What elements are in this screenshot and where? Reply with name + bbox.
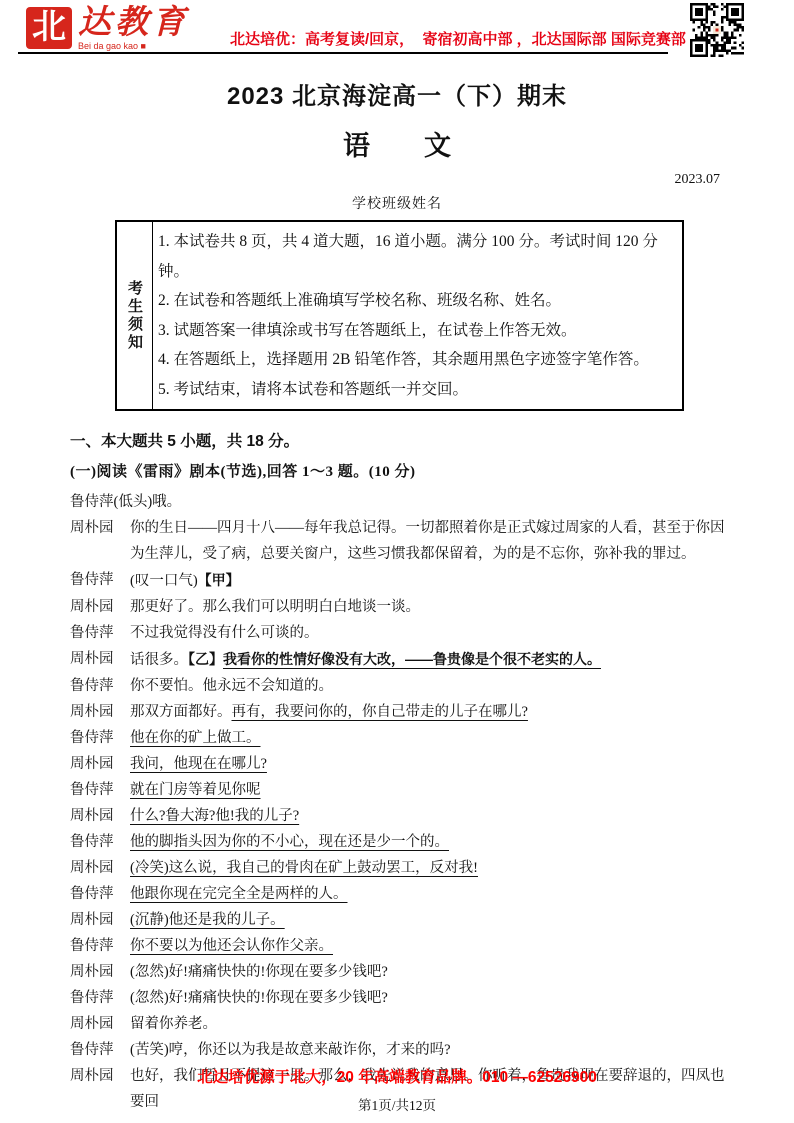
dialogue-speaker: 鲁侍萍 — [70, 494, 114, 510]
candidate-notice-table: 考生须知 1. 本试卷共 8 页，共 4 道大题，16 道小题。满分 100 分… — [115, 220, 684, 411]
subject-title: 语 文 — [0, 124, 794, 163]
dialogue-text: (忽然)好!痛痛快快的!你现在要多少钱吧? — [130, 959, 728, 985]
notice-item: 1. 本试卷共 8 页，共 4 道大题，16 道小题。满分 100 分。考试时间… — [158, 227, 674, 286]
brand-logo: 北 达教育 Bei da gao kao ■ — [26, 7, 189, 51]
dialogue-text: (忽然)好!痛痛快快的!你现在要多少钱吧? — [130, 985, 728, 1011]
dialogue-text: 他的脚指头因为你的不小心，现在还是少一个的。 — [130, 829, 728, 855]
header: 北 达教育 Bei da gao kao ■ 北达培优：高考复读/回京， 寄宿初… — [0, 0, 794, 56]
logo-name: 达教育 — [78, 7, 189, 40]
dialogue-text: 那更好了。那么我们可以明明白白地谈一谈。 — [130, 594, 728, 620]
dialogue-speaker: 周朴园 — [70, 959, 130, 985]
dialogue-text: 留着你养老。 — [130, 1011, 728, 1037]
dialogue-text: 你不要怕。他永远不会知道的。 — [130, 673, 728, 699]
dialogue-speaker: 周朴园 — [70, 855, 130, 881]
dialogue-line: 鲁侍萍就在门房等着见你呢 — [70, 777, 728, 803]
dialogue-text: 那双方面都好。再有，我要问你的，你自己带走的儿子在哪儿? — [130, 699, 728, 725]
dialogue-list: 鲁侍萍(低头)哦。周朴园你的生日——四月十八——每年我总记得。一切都照着你是正式… — [70, 489, 728, 1115]
dialogue-text: (苦笑)哼，你还以为我是故意来敲诈你，才来的吗? — [130, 1037, 728, 1063]
notice-side-label: 考生须知 — [124, 280, 145, 352]
notice-side-cell: 考生须知 — [117, 222, 153, 409]
dialogue-text: 他跟你现在完完全全是两样的人。 — [130, 881, 728, 907]
dialogue-text: (低头)哦。 — [114, 494, 182, 510]
dialogue-speaker: 鲁侍萍 — [70, 1037, 130, 1063]
footer: 北达培优源于北大，20 年高端教育品牌。010 —62526900 第1页/共1… — [0, 1065, 794, 1114]
dialogue-line: 鲁侍萍你不要以为他还会认你作父亲。 — [70, 933, 728, 959]
logo-text-block: 达教育 Bei da gao kao ■ — [78, 7, 189, 51]
dialogue-line: 周朴园你的生日——四月十八——每年我总记得。一切都照着你是正式嫁过周家的人看，甚… — [70, 515, 728, 567]
dialogue-speaker: 鲁侍萍 — [70, 985, 130, 1011]
dialogue-speaker: 周朴园 — [70, 907, 130, 933]
dialogue-speaker: 周朴园 — [70, 594, 130, 620]
dialogue-line: 周朴园话很多。【乙】我看你的性情好像没有大改，——鲁贵像是个很不老实的人。 — [70, 646, 728, 673]
dialogue-speaker: 鲁侍萍 — [70, 829, 130, 855]
dialogue-text: 不过我觉得没有什么可谈的。 — [130, 620, 728, 646]
footer-slogan: 北达培优源于北大，20 年高端教育品牌。010 —62526900 — [0, 1065, 794, 1087]
dialogue-text: 你不要以为他还会认你作父亲。 — [130, 933, 728, 959]
dialogue-line: 鲁侍萍他的脚指头因为你的不小心，现在还是少一个的。 — [70, 829, 728, 855]
dialogue-speaker: 周朴园 — [70, 515, 130, 567]
dialogue-speaker: 鲁侍萍 — [70, 881, 130, 907]
logo-subtitle: Bei da gao kao ■ — [78, 41, 189, 51]
dialogue-line: 鲁侍萍(低头)哦。 — [70, 489, 728, 515]
dialogue-speaker: 鲁侍萍 — [70, 673, 130, 699]
dialogue-text: 话很多。【乙】我看你的性情好像没有大改，——鲁贵像是个很不老实的人。 — [130, 646, 728, 673]
dialogue-speaker: 周朴园 — [70, 803, 130, 829]
dialogue-line: 鲁侍萍他在你的矿上做工。 — [70, 725, 728, 751]
page-number: 第1页/共12页 — [0, 1094, 794, 1114]
dialogue-speaker: 鲁侍萍 — [70, 777, 130, 803]
dialogue-text: 他在你的矿上做工。 — [130, 725, 728, 751]
section-heading: 一、本大题共 5 小题，共 18 分。 — [70, 429, 794, 451]
dialogue-line: 鲁侍萍(叹一口气)【甲】 — [70, 567, 728, 594]
exam-date: 2023.07 — [0, 172, 794, 188]
dialogue-line: 周朴园(冷笑)这么说，我自己的骨肉在矿上鼓动罢工，反对我! — [70, 855, 728, 881]
dialogue-text: 你的生日——四月十八——每年我总记得。一切都照着你是正式嫁过周家的人看，甚至于你… — [130, 515, 728, 567]
school-class-name-line: 学校班级姓名 — [0, 193, 794, 213]
dialogue-line: 周朴园留着你养老。 — [70, 1011, 728, 1037]
dialogue-line: 鲁侍萍(苦笑)哼，你还以为我是故意来敲诈你，才来的吗? — [70, 1037, 728, 1063]
dialogue-text: (沉静)他还是我的儿子。 — [130, 907, 728, 933]
page-title: 2023 北京海淀高一（下）期末 — [0, 76, 794, 111]
dialogue-speaker: 鲁侍萍 — [70, 933, 130, 959]
dialogue-line: 鲁侍萍他跟你现在完完全全是两样的人。 — [70, 881, 728, 907]
header-divider — [18, 52, 668, 54]
dialogue-text: (叹一口气)【甲】 — [130, 567, 728, 594]
notice-item: 4. 在答题纸上，选择题用 2B 铅笔作答，其余题用黑色字迹签字笔作答。 — [158, 345, 674, 375]
dialogue-line: 周朴园那双方面都好。再有，我要问你的，你自己带走的儿子在哪儿? — [70, 699, 728, 725]
notice-item: 5. 考试结束，请将本试卷和答题纸一并交回。 — [158, 375, 674, 405]
section-subheading: (一)阅读《雷雨》剧本(节选),回答 1～3 题。(10 分) — [70, 460, 794, 481]
notice-item: 2. 在试卷和答题纸上准确填写学校名称、班级名称、姓名。 — [158, 286, 674, 316]
dialogue-text: 就在门房等着见你呢 — [130, 777, 728, 803]
exam-paper-page: 北 达教育 Bei da gao kao ■ 北达培优：高考复读/回京， 寄宿初… — [0, 0, 794, 1123]
dialogue-speaker: 周朴园 — [70, 646, 130, 673]
dialogue-text: 我问，他现在在哪儿? — [130, 751, 728, 777]
dialogue-text: (冷笑)这么说，我自己的骨肉在矿上鼓动罢工，反对我! — [130, 855, 728, 881]
dialogue-line: 周朴园那更好了。那么我们可以明明白白地谈一谈。 — [70, 594, 728, 620]
dialogue-speaker: 鲁侍萍 — [70, 725, 130, 751]
qr-code-icon — [688, 3, 746, 57]
dialogue-speaker: 周朴园 — [70, 1011, 130, 1037]
dialogue-line: 鲁侍萍你不要怕。他永远不会知道的。 — [70, 673, 728, 699]
dialogue-line: 鲁侍萍不过我觉得没有什么可谈的。 — [70, 620, 728, 646]
dialogue-speaker: 鲁侍萍 — [70, 620, 130, 646]
dialogue-line: 周朴园(忽然)好!痛痛快快的!你现在要多少钱吧? — [70, 959, 728, 985]
dialogue-line: 鲁侍萍(忽然)好!痛痛快快的!你现在要多少钱吧? — [70, 985, 728, 1011]
dialogue-speaker: 周朴园 — [70, 751, 130, 777]
header-slogan: 北达培优：高考复读/回京， 寄宿初高中部 ，北达国际部 国际竞赛部 — [230, 28, 686, 49]
dialogue-text: 什么?鲁大海?他!我的儿子? — [130, 803, 728, 829]
notice-items-cell: 1. 本试卷共 8 页，共 4 道大题，16 道小题。满分 100 分。考试时间… — [153, 222, 682, 409]
dialogue-speaker: 鲁侍萍 — [70, 567, 130, 594]
dialogue-speaker: 周朴园 — [70, 699, 130, 725]
dialogue-line: 周朴园什么?鲁大海?他!我的儿子? — [70, 803, 728, 829]
logo-seal-char: 北 — [32, 9, 66, 46]
notice-item: 3. 试题答案一律填涂或书写在答题纸上，在试卷上作答无效。 — [158, 316, 674, 346]
logo-seal-icon: 北 — [26, 7, 72, 49]
dialogue-line: 周朴园(沉静)他还是我的儿子。 — [70, 907, 728, 933]
dialogue-line: 周朴园我问，他现在在哪儿? — [70, 751, 728, 777]
